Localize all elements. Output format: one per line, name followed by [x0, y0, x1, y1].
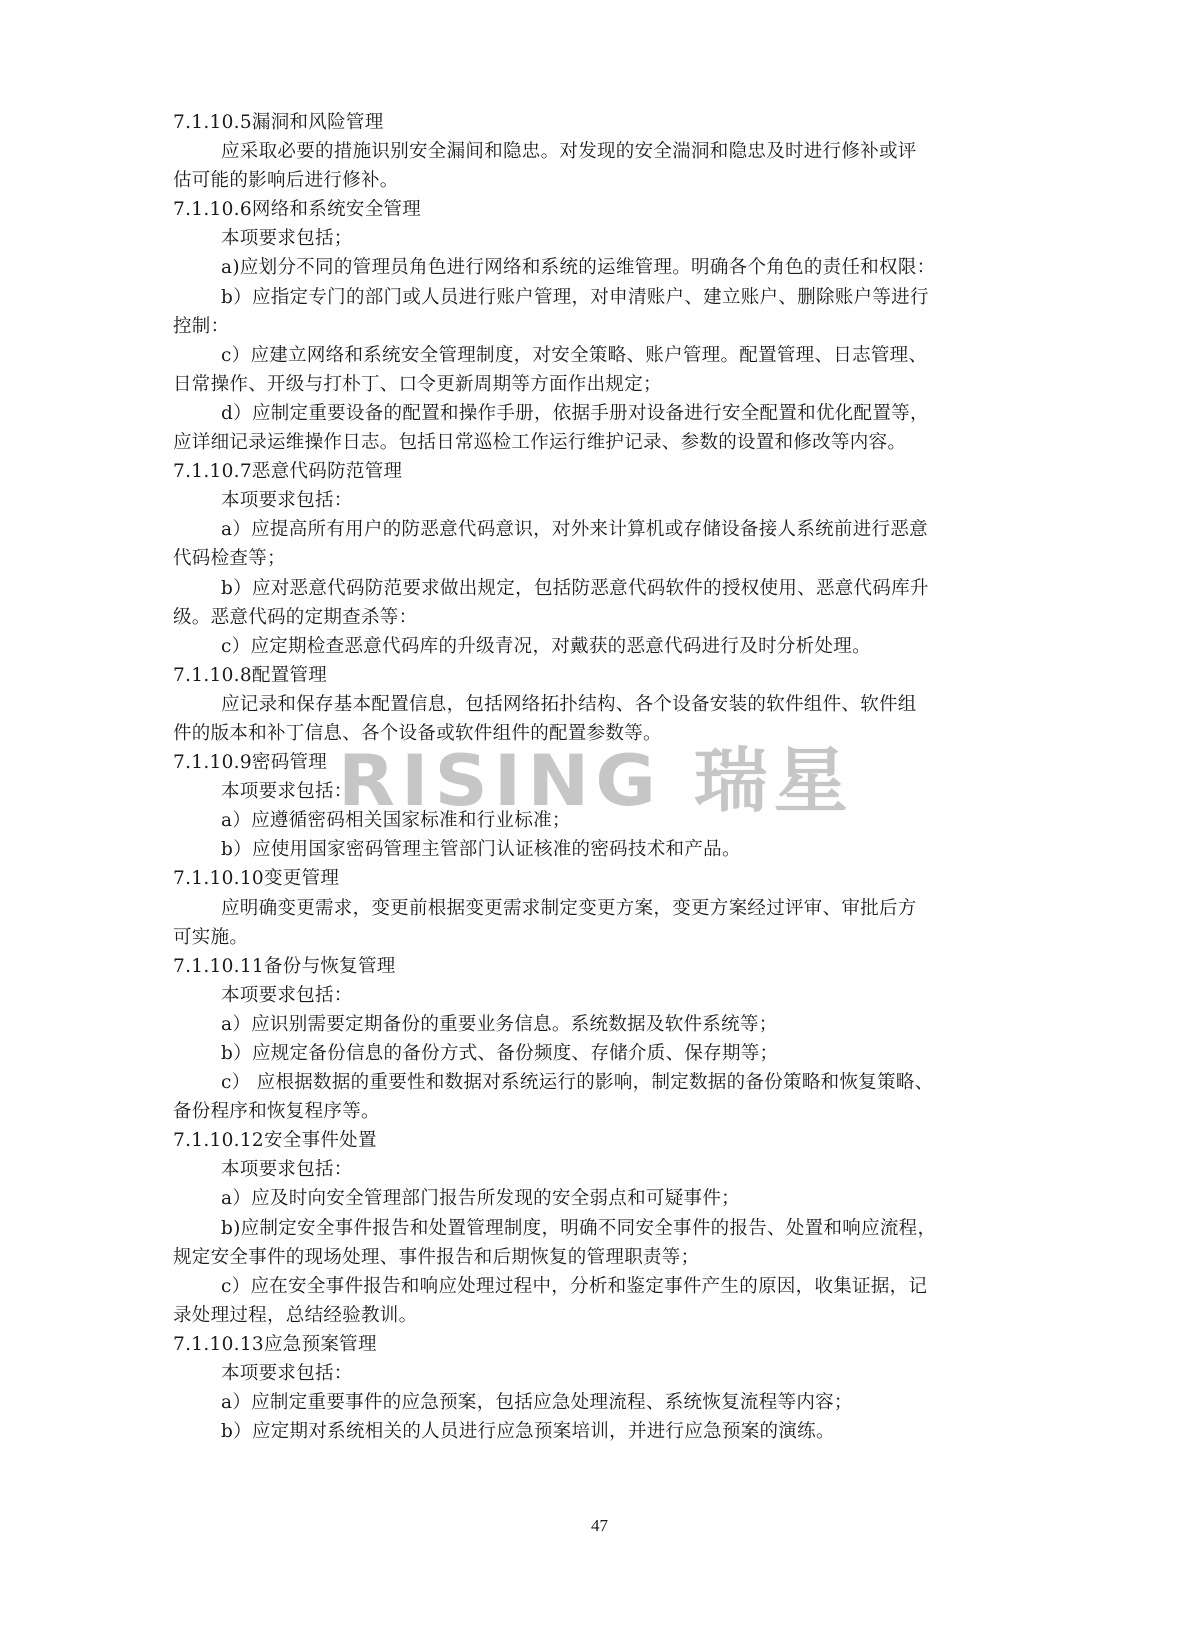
- list-item-a: a）应识别需要定期备份的重要业务信息。系统数据及软件系统等；: [173, 1010, 988, 1039]
- list-item-c: c） 应根据数据的重要性和数据对系统运行的影响，制定数据的备份策略和恢复策略、: [173, 1068, 988, 1097]
- section-heading-7-1-10-10: 7.1.10.10变更管理: [173, 864, 988, 893]
- list-item-a: a）应及时向安全管理部门报告所发现的安全弱点和可疑事件；: [173, 1184, 988, 1213]
- paragraph-line: 录处理过程，总结经验教训。: [173, 1301, 988, 1330]
- paragraph-line: 本项要求包括：: [173, 1359, 988, 1388]
- section-heading-7-1-10-7: 7.1.10.7恶意代码防范管理: [173, 457, 988, 486]
- paragraph-line: 本项要求包括：: [173, 777, 988, 806]
- section-heading-7-1-10-13: 7.1.10.13应急预案管理: [173, 1330, 988, 1359]
- paragraph-line: 应明确变更需求，变更前根据变更需求制定变更方案，变更方案经过评审、审批后方: [173, 894, 988, 923]
- list-item-a: a）应提高所有用户的防恶意代码意识，对外来计算机或存储设备接人系统前进行恶意: [173, 515, 988, 544]
- list-item-b: b)应制定安全事件报告和处置管理制度，明确不同安全事件的报告、处置和响应流程，: [173, 1214, 988, 1243]
- page-number: 47: [0, 1516, 1199, 1536]
- paragraph-line: 控制：: [173, 312, 988, 341]
- list-item-b: b）应定期对系统相关的人员进行应急预案培训，并进行应急预案的演练。: [173, 1417, 988, 1446]
- paragraph-line: 备份程序和恢复程序等。: [173, 1097, 988, 1126]
- list-item-b: b）应指定专门的部门或人员进行账户管理，对申清账户、建立账户、删除账户等进行: [173, 283, 988, 312]
- paragraph-line: 规定安全事件的现场处理、事件报告和后期恢复的管理职责等；: [173, 1243, 988, 1272]
- paragraph-line: 可实施。: [173, 923, 988, 952]
- list-item-b: b）应使用国家密码管理主管部门认证核准的密码技术和产品。: [173, 835, 988, 864]
- paragraph-line: 本项要求包括；: [173, 224, 988, 253]
- paragraph-line: 件的版本和补丁信息、各个设备或软件组件的配置参数等。: [173, 719, 988, 748]
- paragraph-line: 应采取必要的措施识别安全漏间和隐忠。对发现的安全湍洞和隐忠及时进行修补或评: [173, 137, 988, 166]
- paragraph-line: 应记录和保存基本配置信息，包括网络拓扑结构、各个设备安装的软件组件、软件组: [173, 690, 988, 719]
- list-item-c: c）应在安全事件报告和响应处理过程中，分析和鉴定事件产生的原因，收集证据，记: [173, 1272, 988, 1301]
- section-heading-7-1-10-5: 7.1.10.5漏洞和风险管理: [173, 108, 988, 137]
- list-item-b: b）应规定备份信息的备份方式、备份频度、存储介质、保存期等；: [173, 1039, 988, 1068]
- paragraph-line: 本项要求包括：: [173, 1155, 988, 1184]
- list-item-d: d）应制定重要设备的配置和操作手册，依据手册对设备进行安全配置和优化配置等，: [173, 399, 988, 428]
- section-heading-7-1-10-6: 7.1.10.6网络和系统安全管理: [173, 195, 988, 224]
- paragraph-line: 本项要求包括：: [173, 486, 988, 515]
- paragraph-line: 应详细记录运维操作日志。包括日常巡检工作运行维护记录、参数的设置和修改等内容。: [173, 428, 988, 457]
- list-item-a: a）应遵循密码相关国家标准和行业标准；: [173, 806, 988, 835]
- list-item-c: c）应建立网络和系统安全管理制度，对安全策略、账户管理。配置管理、日志管理、: [173, 341, 988, 370]
- document-body: 7.1.10.5漏洞和风险管理 应采取必要的措施识别安全漏间和隐忠。对发现的安全…: [173, 108, 988, 1446]
- list-item-b: b）应对恶意代码防范要求做出规定，包括防恶意代码软件的授权使用、恶意代码库升: [173, 574, 988, 603]
- paragraph-line: 本项要求包括：: [173, 981, 988, 1010]
- section-heading-7-1-10-11: 7.1.10.11备份与恢复管理: [173, 952, 988, 981]
- list-item-a: a)应划分不同的管理员角色进行网络和系统的运维管理。明确各个角色的责任和权限：: [173, 253, 988, 282]
- list-item-a: a）应制定重要事件的应急预案，包括应急处理流程、系统恢复流程等内容；: [173, 1388, 988, 1417]
- paragraph-line: 日常操作、开级与打朴丁、口令更新周期等方面作出规定；: [173, 370, 988, 399]
- paragraph-line: 级。恶意代码的定期查杀等：: [173, 603, 988, 632]
- list-item-c: c）应定期检查恶意代码库的升级青况，对戴获的恶意代码进行及时分析处理。: [173, 632, 988, 661]
- section-heading-7-1-10-8: 7.1.10.8配置管理: [173, 661, 988, 690]
- section-heading-7-1-10-12: 7.1.10.12安全事件处置: [173, 1126, 988, 1155]
- paragraph-line: 代码检查等；: [173, 544, 988, 573]
- paragraph-line: 估可能的影响后进行修补。: [173, 166, 988, 195]
- section-heading-7-1-10-9: 7.1.10.9密码管理: [173, 748, 988, 777]
